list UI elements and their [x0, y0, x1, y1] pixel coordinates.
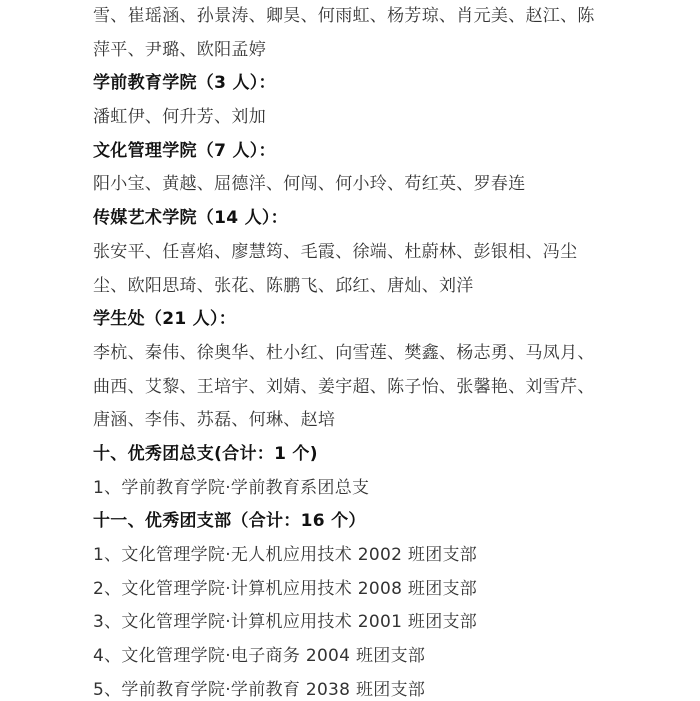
- name-list-line: 萍平、尹璐、欧阳孟婷: [93, 34, 633, 68]
- section-heading-cultural-management: 文化管理学院（7 人）：: [93, 135, 633, 169]
- list-item: 2、文化管理学院·计算机应用技术 2008 班团支部: [93, 573, 633, 607]
- document-body: 雪、崔瑶涵、孙景涛、卿昊、何雨虹、杨芳琼、肖元美、赵江、陈 萍平、尹璐、欧阳孟婷…: [93, 0, 633, 701]
- list-item: 5、学前教育学院·学前教育 2038 班团支部: [93, 674, 633, 701]
- name-list-line: 雪、崔瑶涵、孙景涛、卿昊、何雨虹、杨芳琼、肖元美、赵江、陈: [93, 0, 633, 34]
- list-item: 1、文化管理学院·无人机应用技术 2002 班团支部: [93, 539, 633, 573]
- name-list-line: 曲西、艾黎、王培宇、刘婧、姜宇超、陈子怡、张馨艳、刘雪芹、: [93, 371, 633, 405]
- name-list-line: 唐涵、李伟、苏磊、何琳、赵培: [93, 404, 633, 438]
- list-item: 1、学前教育学院·学前教育系团总支: [93, 472, 633, 506]
- section-heading-excellent-league-branch-general: 十、优秀团总支(合计：1 个): [93, 438, 633, 472]
- section-heading-preschool-education: 学前教育学院（3 人）：: [93, 67, 633, 101]
- name-list-line: 尘、欧阳思琦、张花、陈鹏飞、邱红、唐灿、刘洋: [93, 270, 633, 304]
- name-list-line: 张安平、任喜焰、廖慧筠、毛霞、徐端、杜蔚林、彭银相、冯尘: [93, 236, 633, 270]
- section-heading-media-arts: 传媒艺术学院（14 人）：: [93, 202, 633, 236]
- list-item: 3、文化管理学院·计算机应用技术 2001 班团支部: [93, 606, 633, 640]
- name-list-line: 阳小宝、黄越、屈德洋、何闯、何小玲、苟红英、罗春连: [93, 168, 633, 202]
- section-heading-student-affairs: 学生处（21 人）：: [93, 303, 633, 337]
- section-heading-excellent-league-branch: 十一、优秀团支部（合计：16 个）: [93, 505, 633, 539]
- name-list-line: 李杭、秦伟、徐奥华、杜小红、向雪莲、樊鑫、杨志勇、马凤月、: [93, 337, 633, 371]
- name-list-line: 潘虹伊、何升芳、刘加: [93, 101, 633, 135]
- list-item: 4、文化管理学院·电子商务 2004 班团支部: [93, 640, 633, 674]
